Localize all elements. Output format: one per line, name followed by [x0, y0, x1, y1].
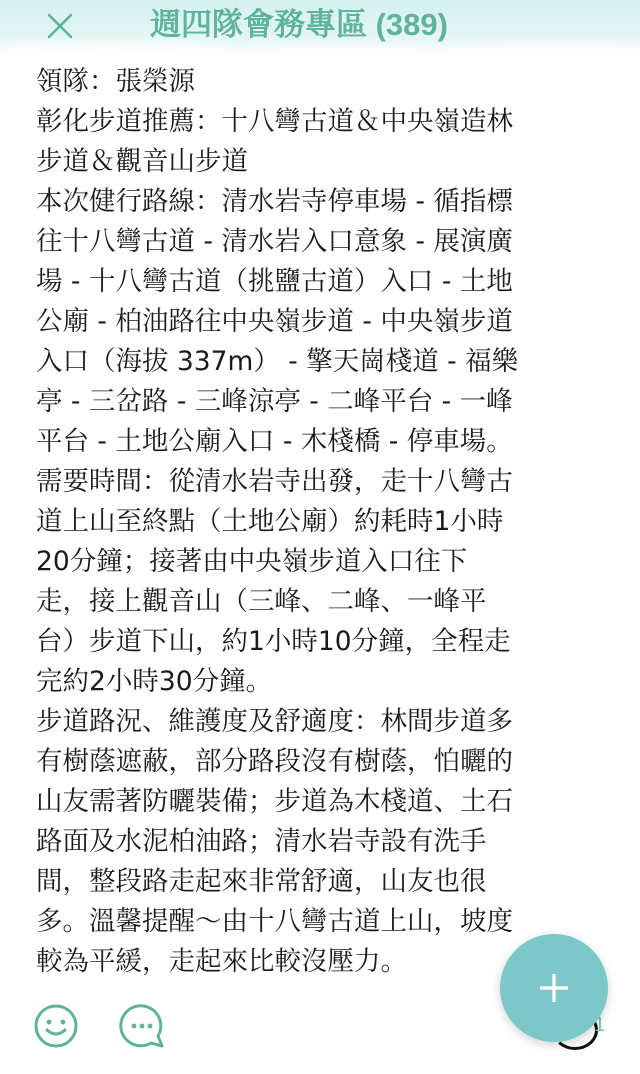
post-line: 步道＆觀音山步道 — [36, 142, 596, 182]
post-line: 間，整段路走起來非常舒適，山友也很 — [36, 862, 596, 902]
post-body: 領隊：張榮源 彰化步道推薦：十八彎古道＆中央嶺造林 步道＆觀音山步道 本次健行路… — [36, 62, 596, 982]
page-title: 週四隊會務專區 (389) — [150, 4, 448, 46]
post-line: 本次健行路線：清水岩寺停車場 - 循指標 — [36, 182, 596, 222]
add-fab-button[interactable] — [500, 934, 608, 1042]
post-line: 公廟 - 柏油路往中央嶺步道 - 中央嶺步道 — [36, 302, 596, 342]
post-line: 彰化步道推薦：十八彎古道＆中央嶺造林 — [36, 102, 596, 142]
post-line: 平台 - 土地公廟入口 - 木棧橋 - 停車場。 — [36, 422, 596, 462]
comment-icon — [118, 1002, 166, 1050]
post-line: 場 - 十八彎古道（挑鹽古道）入口 - 土地 — [36, 262, 596, 302]
post-line: 道上山至終點（土地公廟）約耗時1小時 — [36, 502, 596, 542]
post-line: 山友需著防曬裝備；步道為木棧道、土石 — [36, 782, 596, 822]
comment-button[interactable] — [118, 1002, 166, 1050]
plus-icon — [538, 972, 570, 1004]
post-line: 需要時間：從清水岩寺出發，走十八彎古 — [36, 462, 596, 502]
post-line: 亭 - 三岔路 - 三峰涼亭 - 二峰平台 - 一峰 — [36, 382, 596, 422]
close-button[interactable] — [40, 6, 80, 46]
reaction-button[interactable] — [32, 1002, 80, 1050]
post-line: 往十八彎古道 - 清水岩入口意象 - 展演廣 — [36, 222, 596, 262]
smiley-icon — [32, 1002, 80, 1050]
post-line: 20分鐘；接著由中央嶺步道入口往下 — [36, 542, 596, 582]
post-actions — [32, 1002, 166, 1050]
post-line: 有樹蔭遮蔽，部分路段沒有樹蔭，怕曬的 — [36, 742, 596, 782]
post-line: 多。溫馨提醒～由十八彎古道上山，坡度 — [36, 902, 596, 942]
post-line: 完約2小時30分鐘。 — [36, 662, 596, 702]
close-icon — [45, 11, 75, 41]
post-line: 路面及水泥柏油路；清水岩寺設有洗手 — [36, 822, 596, 862]
header-bar: 週四隊會務專區 (389) — [0, 0, 640, 62]
post-line: 台）步道下山，約1小時10分鐘，全程走 — [36, 622, 596, 662]
post-line: 入口（海拔 337m） - 擎天崗棧道 - 福樂 — [36, 342, 596, 382]
post-line: 領隊：張榮源 — [36, 62, 596, 102]
post-line: 步道路況、維護度及舒適度：林間步道多 — [36, 702, 596, 742]
post-line: 走，接上觀音山（三峰、二峰、一峰平 — [36, 582, 596, 622]
